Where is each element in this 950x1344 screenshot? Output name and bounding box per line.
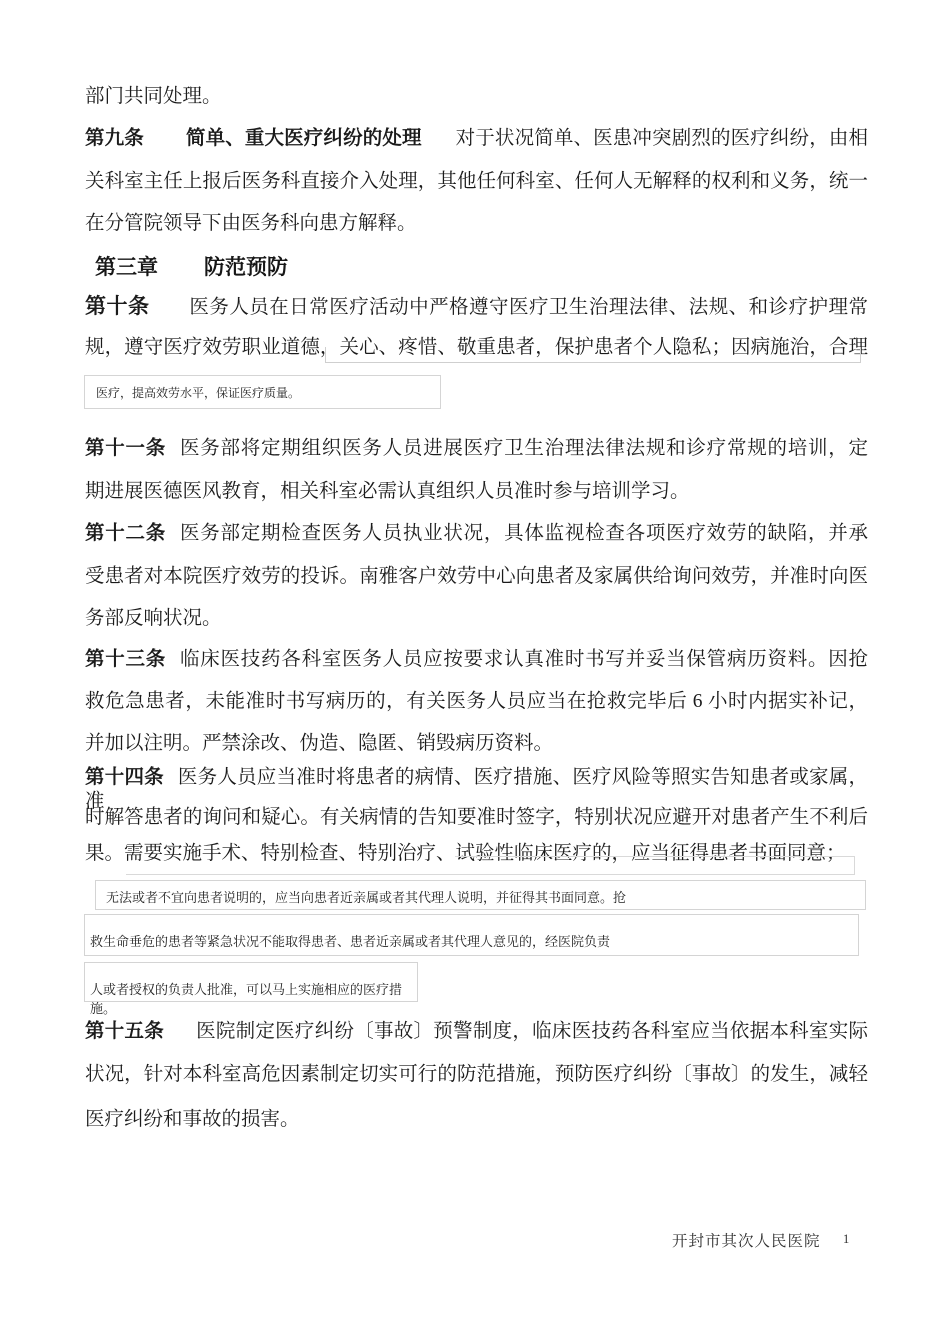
para-10-line-2: 规，遵守医疗效劳职业道德，关心、疼惜、敬重患者，保护患者个人隐私；因病施治，合理 (85, 336, 868, 360)
chapter-3-number: 第三章 (95, 255, 158, 279)
overlay-textbox-a: 医疗，提高效劳水平，保证医疗质量。 (84, 375, 441, 409)
overlay-textbox-d: 人或者授权的负责人批准，可以马上实施相应的医疗措施。 (84, 962, 418, 1002)
empty-overlay-box (455, 856, 855, 874)
para-15-line-2: 状况，针对本科室高危因素制定切实可行的防范措施，预防医疗纠纷〔事故〕的发生，减轻 (85, 1063, 868, 1087)
overlay-textbox-c: 救生命垂危的患者等紧急状况不能取得患者、患者近亲属或者其代理人意见的，经医院负责 (84, 914, 859, 956)
para-11-line-1: 第十一条医务部将定期组织医务人员进展医疗卫生治理法律法规和诊疗常规的培训，定 (85, 437, 868, 461)
chapter-3-title: 防范预防 (204, 255, 288, 279)
para-11-text-1: 医务部将定期组织医务人员进展医疗卫生治理法律法规和诊疗常规的培训，定 (180, 438, 868, 459)
textbox-border-artifact-left (325, 347, 326, 363)
article-10-label: 第十条 (85, 294, 149, 318)
para-8-continuation-line: 部门共同处理。 (85, 85, 868, 109)
para-14-line-2: 时解答患者的询问和疑心。有关病情的告知要准时签字，特别状况应避开对患者产生不利后 (85, 806, 868, 830)
para-13-line-2: 救危急患者，未能准时书写病历的，有关医务人员应当在抢救完毕后 6 小时内据实补记… (85, 690, 868, 714)
para-11-line-2: 期进展医德医风教育，相关科室必需认真组织人员准时参与培训学习。 (85, 480, 868, 504)
footer-page-number: 1 (843, 1232, 849, 1247)
article-12-label: 第十二条 (85, 523, 166, 544)
para-9-line-3: 在分管院领导下由医务科向患方解释。 (85, 212, 868, 236)
overlay-textbox-b-text: 无法或者不宜向患者说明的，应当向患者近亲属或者其代理人说明，并征得其书面同意。抢 (96, 881, 865, 906)
article-9-title: 简单、重大医疗纠纷的处理 (186, 128, 422, 149)
para-12-line-1: 第十二条医务部定期检查医务人员执业状况，具体监视检查各项医疗效劳的缺陷，并承 (85, 522, 868, 546)
article-13-label: 第十三条 (85, 649, 166, 670)
document-page: 部门共同处理。 第九条简单、重大医疗纠纷的处理对于状况简单、医患冲突剧烈的医疗纠… (0, 0, 950, 1344)
article-14-label: 第十四条 (85, 767, 164, 788)
para-12-text-1: 医务部定期检查医务人员执业状况，具体监视检查各项医疗效劳的缺陷，并承 (180, 523, 868, 544)
para-15-line-1: 第十五条医院制定医疗纠纷〔事故〕预警制度，临床医技药各科室应当依据本科室实际 (85, 1020, 868, 1044)
overlay-textbox-b: 无法或者不宜向患者说明的，应当向患者近亲属或者其代理人说明，并征得其书面同意。抢 (95, 880, 866, 910)
overlay-textbox-d-text: 人或者授权的负责人批准，可以马上实施相应的医疗措施。 (85, 963, 417, 1017)
article-9-label: 第九条 (85, 128, 144, 149)
para-9-line-2: 关科室主任上报后医务科直接介入处理，其他任何科室、任何人无解释的权利和义务，统一 (85, 170, 868, 194)
para-9-text-1: 对于状况简单、医患冲突剧烈的医疗纠纷，由相 (456, 128, 868, 149)
para-13-line-3: 并加以注明。严禁涂改、伪造、隐匿、销毁病历资料。 (85, 732, 868, 756)
para-9-line-1: 第九条简单、重大医疗纠纷的处理对于状况简单、医患冲突剧烈的医疗纠纷，由相 (85, 127, 868, 151)
overlay-textbox-c-text: 救生命垂危的患者等紧急状况不能取得患者、患者近亲属或者其代理人意见的，经医院负责 (85, 915, 858, 950)
para-12-line-2: 受患者对本院医疗效劳的投诉。南雅客户效劳中心向患者及家属供给询问效劳，并准时向医 (85, 565, 868, 589)
article-15-label: 第十五条 (85, 1021, 164, 1042)
para-10-text-1: 医务人员在日常医疗活动中严格遵守医疗卫生治理法律、法规、和诊疗护理常 (189, 297, 868, 318)
article-11-label: 第十一条 (85, 438, 166, 459)
para-15-line-3: 医疗纠纷和事故的损害。 (85, 1108, 868, 1132)
para-13-text-1: 临床医技药各科室医务人员应按要求认真准时书写并妥当保管病历资料。因抢 (180, 649, 868, 670)
textbox-border-artifact-right (860, 347, 861, 363)
footer-hospital-name: 开封市其次人民医院 (672, 1229, 821, 1251)
textbox-border-artifact-bottom (325, 362, 861, 363)
para-13-line-1: 第十三条临床医技药各科室医务人员应按要求认真准时书写并妥当保管病历资料。因抢 (85, 648, 868, 672)
para-12-line-3: 务部反响状况。 (85, 607, 868, 631)
para-10-line-1: 第十条医务人员在日常医疗活动中严格遵守医疗卫生治理法律、法规、和诊疗护理常 (85, 293, 868, 320)
empty-overlay-box-bottom-border (126, 874, 855, 875)
chapter-3-heading: 第三章防范预防 (95, 251, 288, 281)
overlay-textbox-a-text: 医疗，提高效劳水平，保证医疗质量。 (85, 376, 440, 401)
para-15-text-1: 医院制定医疗纠纷〔事故〕预警制度，临床医技药各科室应当依据本科室实际 (196, 1021, 868, 1042)
